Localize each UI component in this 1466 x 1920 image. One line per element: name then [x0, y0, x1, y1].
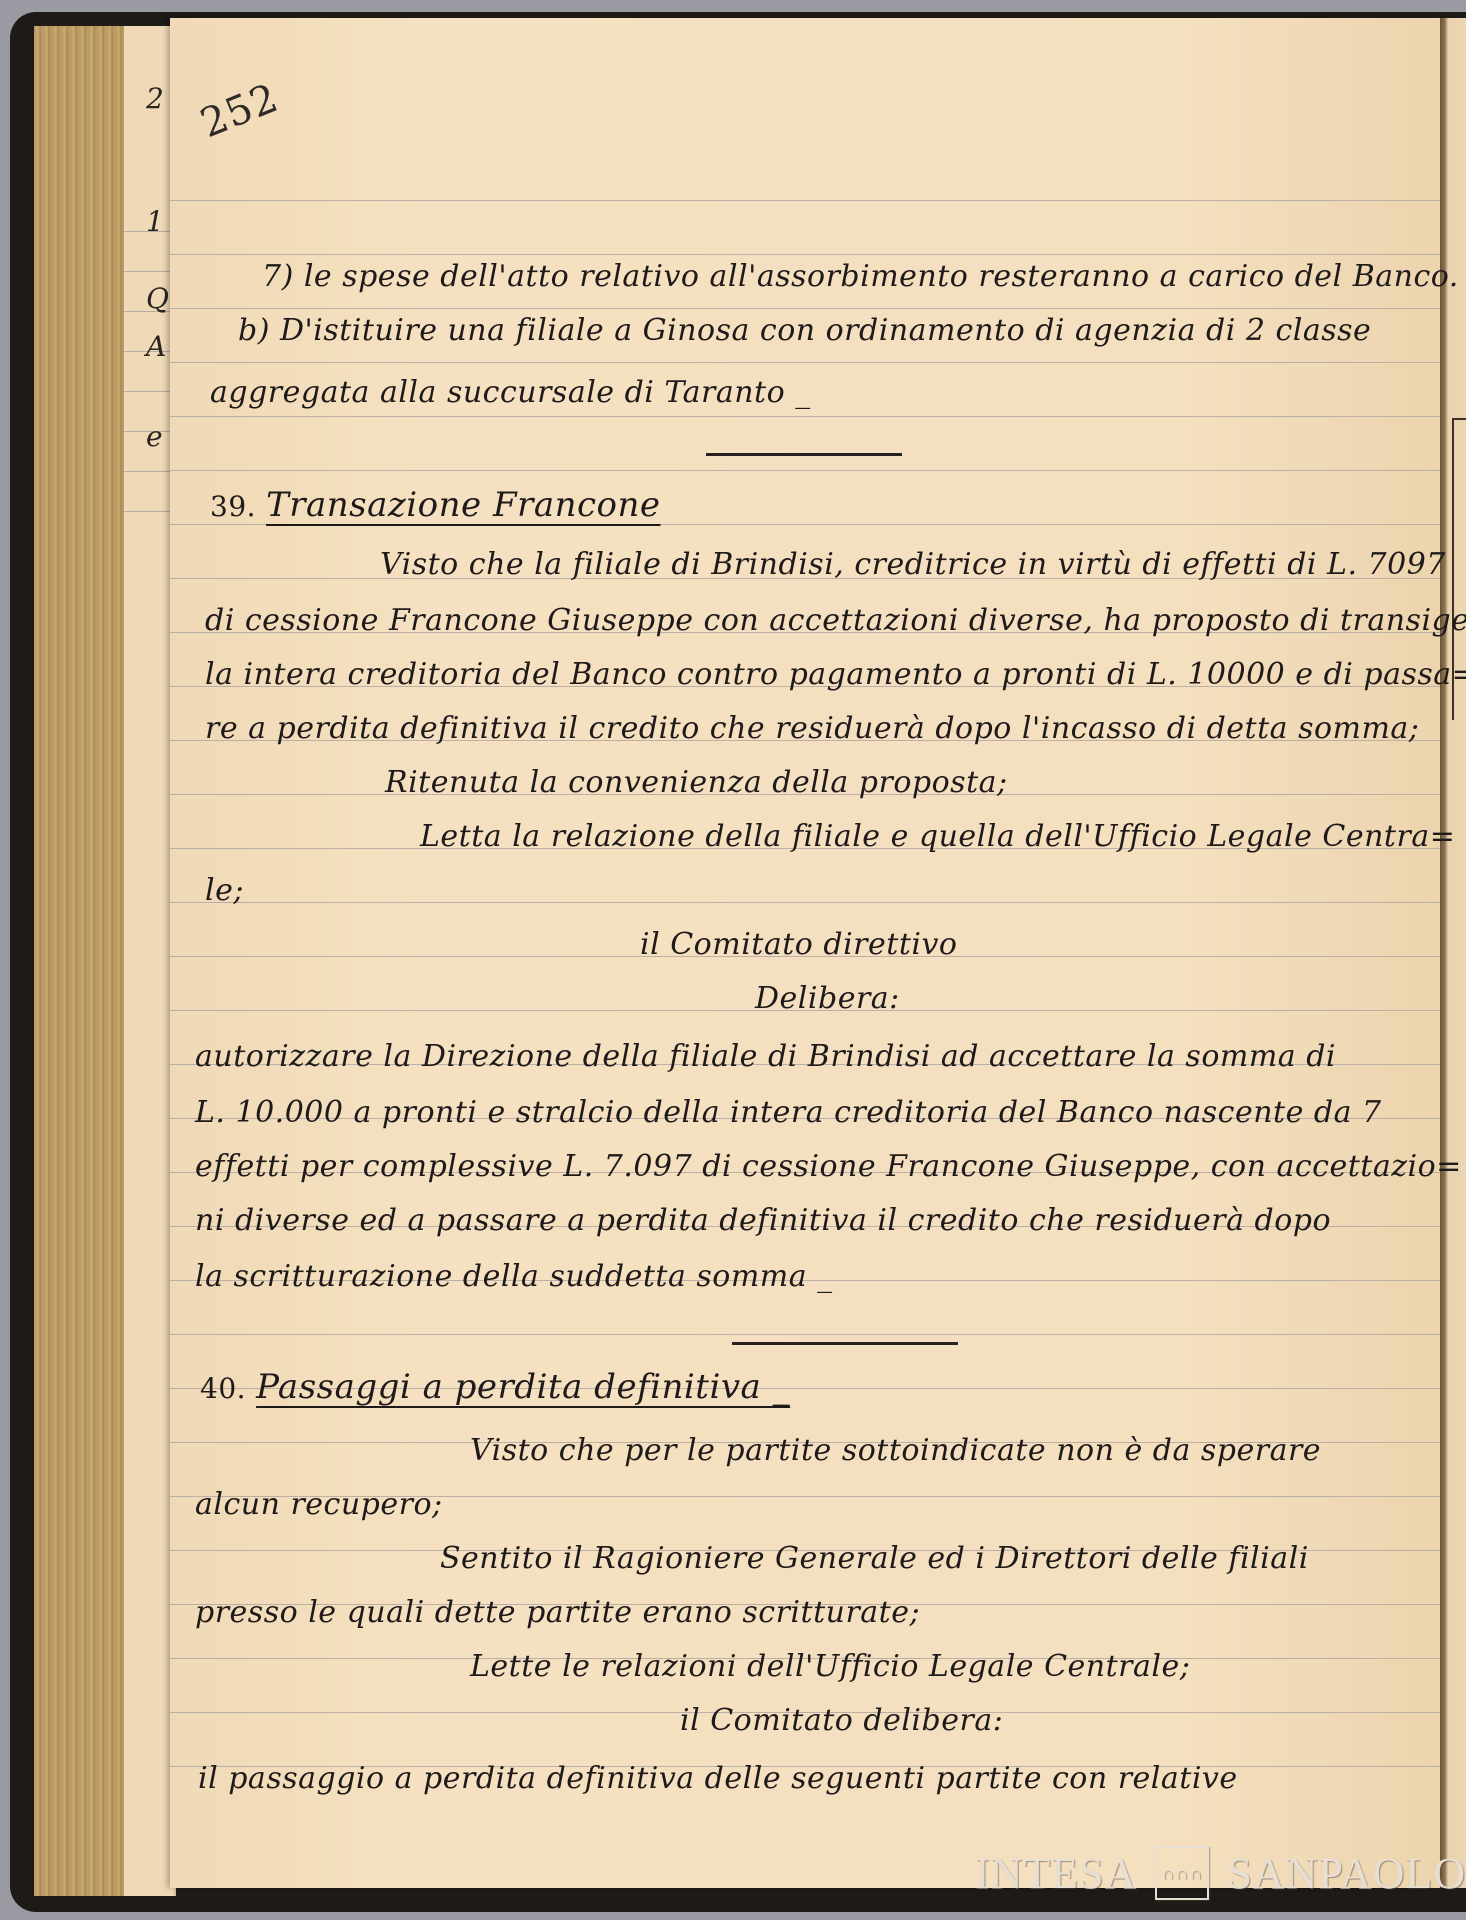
text-line: Sentito il Ragioniere Generale ed i Dire…	[440, 1544, 1309, 1574]
text-line: il passaggio a perdita definitiva delle …	[198, 1764, 1238, 1794]
text-line: Letta la relazione della filiale e quell…	[420, 822, 1455, 852]
text-line: effetti per complessive L. 7.097 di cess…	[195, 1152, 1462, 1182]
margin-mark: 1	[146, 205, 164, 238]
item-heading: 40. Passaggi a perdita definitiva _	[200, 1370, 790, 1404]
text-line: aggregata alla succursale di Taranto _	[210, 378, 811, 408]
text-line: L. 10.000 a pronti e stralcio della inte…	[195, 1098, 1382, 1128]
margin-mark: A	[146, 330, 166, 363]
text-line: re a perdita definitiva il credito che r…	[205, 714, 1419, 744]
text-line: 7) le spese dell'atto relativo all'assor…	[262, 262, 1459, 292]
delibera-heading: Delibera:	[755, 984, 900, 1014]
text-line: ni diverse ed a passare a perdita defini…	[195, 1206, 1331, 1236]
committee-heading: il Comitato direttivo	[640, 930, 958, 960]
item-title: Transazione Francone	[266, 485, 660, 525]
text-line: le;	[205, 876, 244, 906]
text-line: Visto che per le partite sottoindicate n…	[470, 1436, 1321, 1466]
text-line: di cessione Francone Giuseppe con accett…	[205, 606, 1466, 636]
page-edges	[34, 26, 124, 1896]
text-line: b) D'istituire una filiale a Ginosa con …	[238, 316, 1371, 346]
intesa-sanpaolo-watermark: INTESA ∩∩∩ SANPAOLO	[975, 1846, 1466, 1900]
margin-mark: Q	[146, 282, 169, 315]
margin-mark: e	[146, 420, 163, 453]
text-line: alcun recupero;	[195, 1490, 443, 1520]
text-line: Visto che la filiale di Brindisi, credit…	[380, 550, 1446, 580]
text-line: Ritenuta la convenienza della proposta;	[385, 768, 1008, 798]
delibera-heading: il Comitato delibera:	[680, 1706, 1003, 1736]
item-title: Passaggi a perdita definitiva _	[256, 1367, 790, 1407]
section-divider	[706, 453, 902, 456]
bridge-arches-icon: ∩∩∩	[1155, 1846, 1209, 1900]
item-number: 40.	[200, 1372, 246, 1405]
item-heading: 39. Transazione Francone	[210, 488, 661, 522]
text-line: la intera creditoria del Banco contro pa…	[205, 660, 1466, 690]
section-divider	[732, 1342, 958, 1345]
text-line: presso le quali dette partite erano scri…	[195, 1598, 920, 1628]
next-page-edge	[1440, 18, 1466, 1888]
watermark-left-text: INTESA	[975, 1848, 1137, 1899]
item-number: 39.	[210, 490, 256, 523]
margin-mark: 2	[146, 82, 164, 115]
text-line: autorizzare la Direzione della filiale d…	[195, 1042, 1336, 1072]
text-line: la scritturazione della suddetta somma _	[195, 1262, 833, 1292]
watermark-right-text: SANPAOLO	[1227, 1848, 1466, 1899]
text-line: Lette le relazioni dell'Ufficio Legale C…	[470, 1652, 1190, 1682]
